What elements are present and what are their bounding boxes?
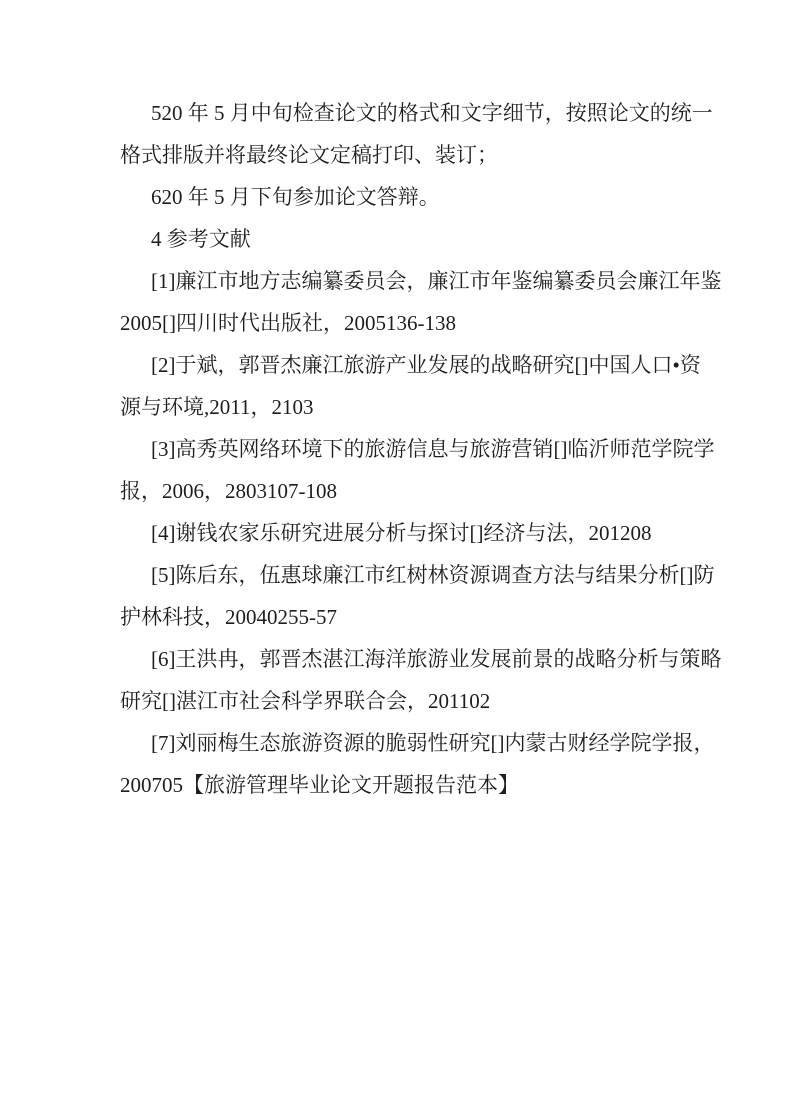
reference-item-4: [4]谢钱农家乐研究进展分析与探讨[]经济与法，201208 [120,512,676,554]
text-line: 格式排版并将最终论文定稿打印、装订； [120,134,676,176]
reference-item-7: [7]刘丽梅生态旅游资源的脆弱性研究[]内蒙古财经学院学报， 200705【旅游… [120,722,676,806]
reference-item-3: [3]高秀英网络环境下的旅游信息与旅游营销[]临沂师范学院学 报，2006，28… [120,428,676,512]
reference-item-1: [1]廉江市地方志编纂委员会，廉江市年鉴编纂委员会廉江年鉴 2005[]四川时代… [120,260,676,344]
document-page: 520 年 5 月中旬检查论文的格式和文字细节，按照论文的统一 格式排版并将最终… [0,0,792,1120]
text-line: 研究[]湛江市社会科学界联合会，201102 [120,680,676,722]
text-line: 报，2006，2803107-108 [120,470,676,512]
text-line: 4 参考文献 [120,218,676,260]
reference-item-6: [6]王洪冉，郭晋杰湛江海洋旅游业发展前景的战略分析与策略 研究[]湛江市社会科… [120,638,676,722]
text-line: [7]刘丽梅生态旅游资源的脆弱性研究[]内蒙古财经学院学报， [120,722,676,764]
reference-item-5: [5]陈后东，伍惠球廉江市红树林资源调查方法与结果分析[]防 护林科技，2004… [120,554,676,638]
text-line: 2005[]四川时代出版社，2005136-138 [120,302,676,344]
text-line: [3]高秀英网络环境下的旅游信息与旅游营销[]临沂师范学院学 [120,428,676,470]
text-line: [5]陈后东，伍惠球廉江市红树林资源调查方法与结果分析[]防 [120,554,676,596]
reference-item-2: [2]于斌，郭晋杰廉江旅游产业发展的战略研究[]中国人口•资 源与环境,2011… [120,344,676,428]
text-line: 200705【旅游管理毕业论文开题报告范本】 [120,764,676,806]
references-section-heading: 4 参考文献 [120,218,676,260]
paragraph-schedule-item-6: 620 年 5 月下旬参加论文答辩。 [120,176,676,218]
text-line: 620 年 5 月下旬参加论文答辩。 [120,176,676,218]
text-line: [6]王洪冉，郭晋杰湛江海洋旅游业发展前景的战略分析与策略 [120,638,676,680]
text-line: [4]谢钱农家乐研究进展分析与探讨[]经济与法，201208 [120,512,676,554]
text-line: 护林科技，20040255-57 [120,596,676,638]
text-line: [1]廉江市地方志编纂委员会，廉江市年鉴编纂委员会廉江年鉴 [120,260,676,302]
paragraph-schedule-item-5: 520 年 5 月中旬检查论文的格式和文字细节，按照论文的统一 格式排版并将最终… [120,92,676,176]
text-line: 520 年 5 月中旬检查论文的格式和文字细节，按照论文的统一 [120,92,676,134]
text-line: [2]于斌，郭晋杰廉江旅游产业发展的战略研究[]中国人口•资 [120,344,676,386]
text-line: 源与环境,2011，2103 [120,386,676,428]
